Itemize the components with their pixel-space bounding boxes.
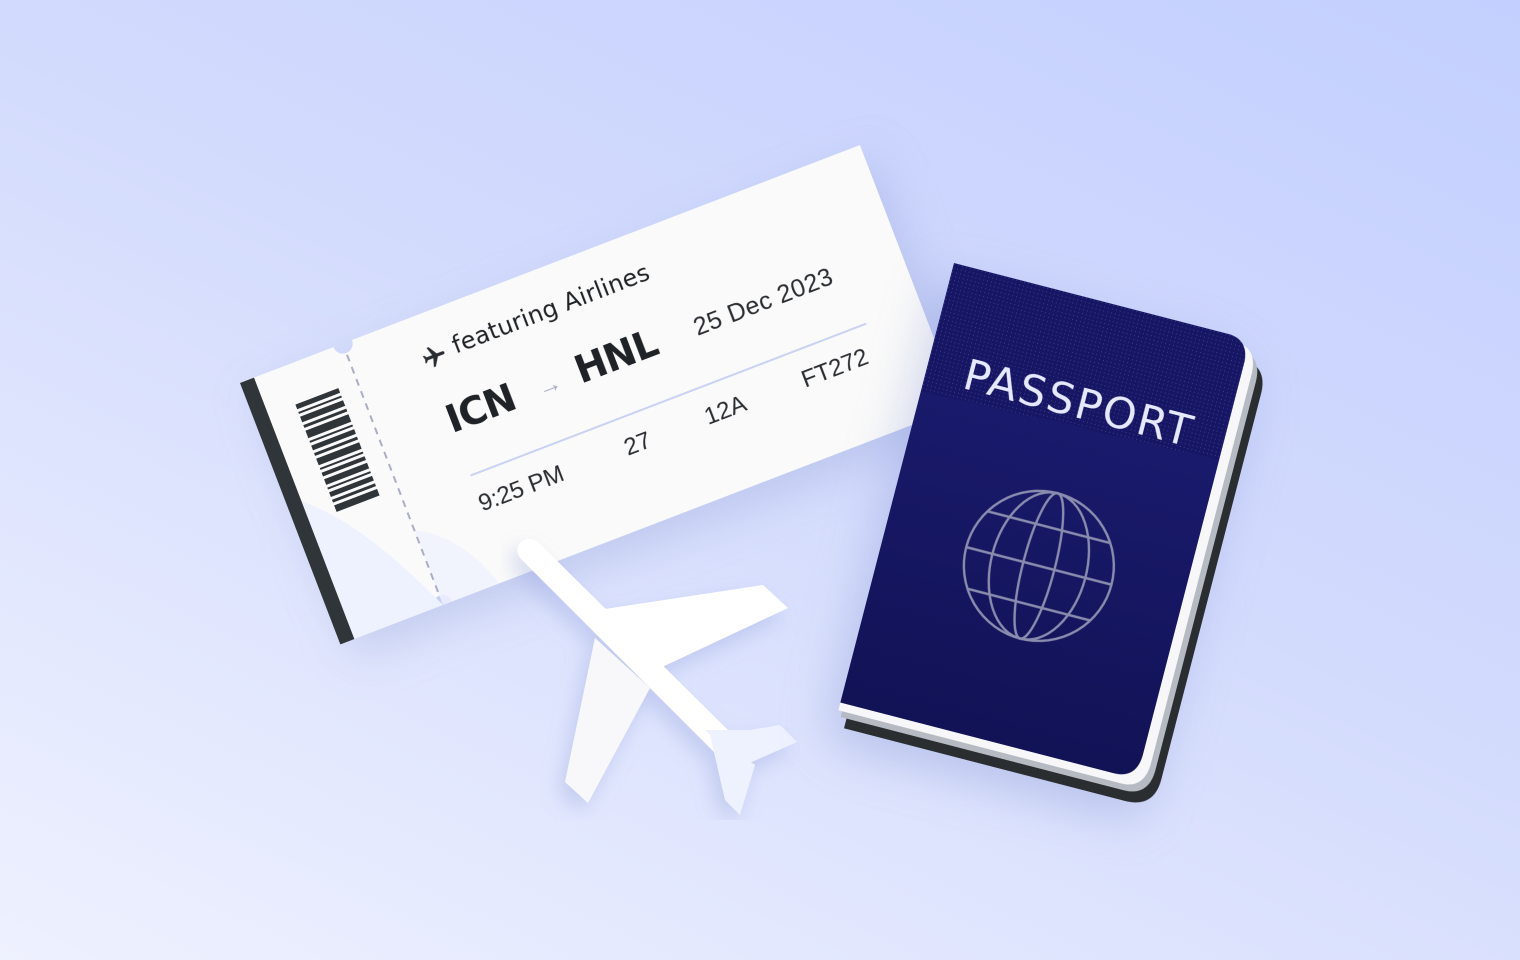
- airplane-icon: [500, 520, 800, 820]
- illustration-scene: featuring Airlines ICN → HNL 25 Dec 2023…: [0, 0, 1520, 960]
